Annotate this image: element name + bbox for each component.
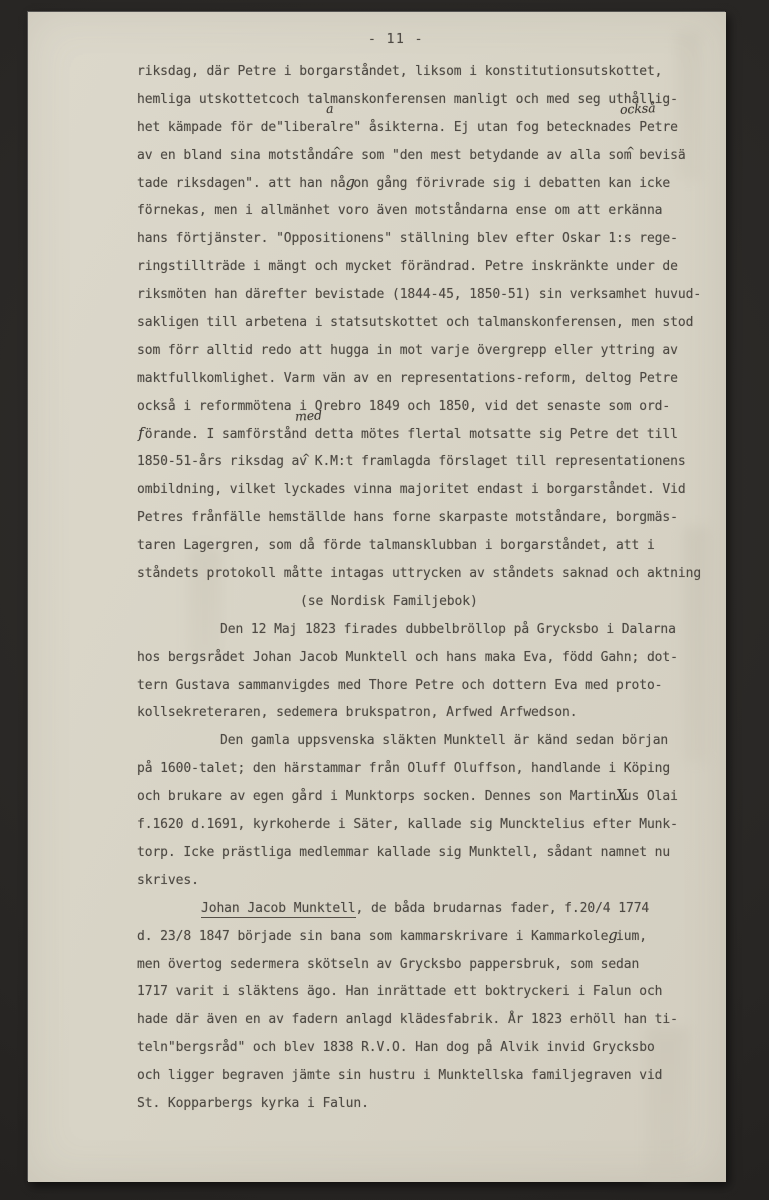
typed-text: maktfullkomlighet. Varm vän av en repres… xyxy=(137,371,678,386)
typed-text: Den 12 Maj 1823 firades dubbelbröllop på… xyxy=(220,622,676,637)
typed-text: tade riksdagen". att han nå xyxy=(137,176,346,191)
typed-text: (se Nordisk Familjebok) xyxy=(300,594,478,609)
typewritten-line: tade riksdagen". att han någon gång föri… xyxy=(137,170,723,198)
typewritten-line: men övertog sedermera skötseln av Grycks… xyxy=(137,951,723,979)
typewritten-line: Johan Jacob Munktell, de båda brudarnas … xyxy=(137,895,723,923)
insertion-caret: ^ xyxy=(302,445,310,473)
typed-text: St. Kopparbergs kyrka i Falun. xyxy=(137,1096,369,1111)
typed-text: hemliga utskottetcoch talmanskonferensen… xyxy=(137,92,678,107)
typewritten-line: Den gamla uppsvenska släkten Munktell är… xyxy=(137,727,723,755)
typewritten-line: förnekas, men i allmänhet voro även mots… xyxy=(137,197,723,225)
typewritten-line: torp. Icke prästliga medlemmar kallade s… xyxy=(137,839,723,867)
typewritten-line: sakligen till arbetena i statsutskottet … xyxy=(137,309,723,337)
typewritten-line: 1850-51-års riksdag av K.M:t framlagda f… xyxy=(137,448,723,476)
typewritten-line: ombildning, vilket lyckades vinna majori… xyxy=(137,476,723,504)
insertion-caret: ^ xyxy=(333,138,341,166)
typed-text: hade där även en av fadern anlagd klädes… xyxy=(137,1012,678,1027)
typed-text: d. 23/8 1847 började sin bana som kammar… xyxy=(137,929,608,944)
typewritten-line: f.1620 d.1691, kyrkoherde i Säter, kalla… xyxy=(137,811,723,839)
typewritten-line: (se Nordisk Familjebok) xyxy=(137,588,723,616)
typed-text: Den gamla uppsvenska släkten Munktell är… xyxy=(220,733,668,748)
typed-text: Petres frånfälle hemställde hans forne s… xyxy=(137,510,678,525)
typed-text: ståndets protokoll måtte intagas uttryck… xyxy=(137,566,701,581)
insertion-caret: ^ xyxy=(627,138,635,166)
typewritten-line: och brukare av egen gård i Munktorps soc… xyxy=(137,783,723,811)
typed-text: het kämpade för de"liberal xyxy=(137,120,338,135)
typewritten-line: som förr alltid redo att hugga in mot va… xyxy=(137,337,723,365)
handwritten-correction: g xyxy=(608,923,616,951)
page-number: - 11 - xyxy=(368,32,424,47)
typed-text: taren Lagergren, som då förde talmansklu… xyxy=(137,538,655,553)
typed-text: detta mötes flertal motsatte sig Petre d… xyxy=(307,427,678,442)
typed-text: också i reformmötena i Orebro 1849 och 1… xyxy=(137,399,670,414)
document-page: - 11 - riksdag, där Petre i borgarstånde… xyxy=(28,12,726,1182)
typed-text: tern Gustava sammanvigdes med Thore Petr… xyxy=(137,678,662,693)
typed-text: 1850-51-års riksdag av K.M:t framlagda f… xyxy=(137,454,686,469)
typed-text: riksmöten han därefter bevistade (1844-4… xyxy=(137,287,701,302)
scanned-document: { "colors": { "backdrop": "#2b2927", "pa… xyxy=(0,0,769,1200)
typed-text: och brukare av egen gård i Munktorps soc… xyxy=(137,789,616,804)
typed-text: av en bland sina motståndare som "den me… xyxy=(137,148,686,163)
typed-text: on gång förivrade sig i debatten kan ick… xyxy=(353,176,670,191)
typed-text: men övertog sedermera skötseln av Grycks… xyxy=(137,957,639,972)
typed-text: 1717 varit i släktens ägo. Han inrättade… xyxy=(137,984,662,999)
handwritten-correction: f xyxy=(137,421,145,449)
typewritten-line: hans förtjänster. "Oppositionens" ställn… xyxy=(137,225,723,253)
typewritten-line: av en bland sina motståndare som "den me… xyxy=(137,142,723,170)
typewritten-line: förande. I samförståndmed^ detta mötes f… xyxy=(137,421,723,449)
typewritten-line: Den 12 Maj 1823 firades dubbelbröllop på… xyxy=(137,616,723,644)
typed-text: kollsekreteraren, sedemera brukspatron, … xyxy=(137,705,577,720)
handwritten-correction: X xyxy=(616,783,624,811)
typed-text: ringstillträde i mängt och mycket föränd… xyxy=(137,259,678,274)
typed-text: sakligen till arbetena i statsutskottet … xyxy=(137,315,693,330)
typed-text: hos bergsrådet Johan Jacob Munktell och … xyxy=(137,650,678,665)
typewritten-line: 1717 varit i släktens ägo. Han inrättade… xyxy=(137,978,723,1006)
typed-text: f.1620 d.1691, kyrkoherde i Säter, kalla… xyxy=(137,817,678,832)
typed-text: re" åsikterna. Ej utan fog betecknades xyxy=(338,120,632,135)
typed-text: hans förtjänster. "Oppositionens" ställn… xyxy=(137,231,678,246)
typed-text: us Olai xyxy=(624,789,678,804)
typewritten-line: ringstillträde i mängt och mycket föränd… xyxy=(137,253,723,281)
typewritten-line: ståndets protokoll måtte intagas uttryck… xyxy=(137,560,723,588)
typewritten-line: hos bergsrådet Johan Jacob Munktell och … xyxy=(137,644,723,672)
typewritten-line: teln"bergsråd" och blev 1838 R.V.O. Han … xyxy=(137,1034,723,1062)
typewritten-line: och ligger begraven jämte sin hustru i M… xyxy=(137,1062,723,1090)
typed-text: ium, xyxy=(616,929,647,944)
typewritten-line: hade där även en av fadern anlagd klädes… xyxy=(137,1006,723,1034)
typewritten-line: d. 23/8 1847 började sin bana som kammar… xyxy=(137,923,723,951)
typed-text: riksdag, där Petre i borgarståndet, liks… xyxy=(137,64,662,79)
typewritten-line: skrives. xyxy=(137,867,723,895)
typed-text: på 1600-talet; den härstammar från Oluff… xyxy=(137,761,670,776)
typed-text: skrives. xyxy=(137,873,199,888)
typed-text: som förr alltid redo att hugga in mot va… xyxy=(137,343,678,358)
typed-text: , de båda brudarnas fader, f.20/4 1774 xyxy=(356,901,650,916)
typed-text: örande. I samförstånd xyxy=(145,427,307,442)
typewritten-line: kollsekreteraren, sedemera brukspatron, … xyxy=(137,699,723,727)
typed-text: torp. Icke prästliga medlemmar kallade s… xyxy=(137,845,670,860)
typewritten-line: het kämpade för de"liberala^re" åsiktern… xyxy=(137,114,723,142)
typewritten-line: maktfullkomlighet. Varm vän av en repres… xyxy=(137,365,723,393)
typewritten-line: riksmöten han därefter bevistade (1844-4… xyxy=(137,281,723,309)
typed-text: förnekas, men i allmänhet voro även mots… xyxy=(137,203,662,218)
typewritten-line: taren Lagergren, som då förde talmansklu… xyxy=(137,532,723,560)
typewritten-line: på 1600-talet; den härstammar från Oluff… xyxy=(137,755,723,783)
typed-text: och ligger begraven jämte sin hustru i M… xyxy=(137,1068,662,1083)
typewritten-line: St. Kopparbergs kyrka i Falun. xyxy=(137,1090,723,1118)
typed-text: teln"bergsråd" och blev 1838 R.V.O. Han … xyxy=(137,1040,655,1055)
text-block: riksdag, där Petre i borgarståndet, liks… xyxy=(137,58,723,1118)
typed-text: ombildning, vilket lyckades vinna majori… xyxy=(137,482,686,497)
typewritten-line: också i reformmötena i Orebro 1849 och 1… xyxy=(137,393,723,421)
typewritten-line: riksdag, där Petre i borgarståndet, liks… xyxy=(137,58,723,86)
typewritten-line: Petres frånfälle hemställde hans forne s… xyxy=(137,504,723,532)
underlined-text: Johan Jacob Munktell xyxy=(201,901,356,918)
typewritten-line: tern Gustava sammanvigdes med Thore Petr… xyxy=(137,672,723,700)
